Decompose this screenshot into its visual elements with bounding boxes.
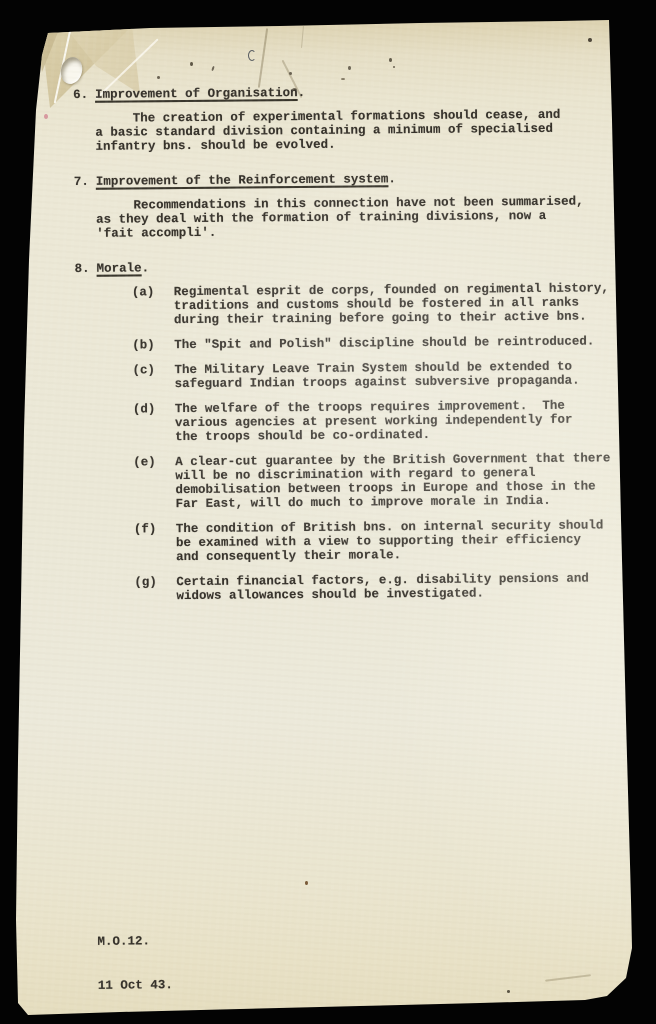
paper-speck	[341, 78, 345, 80]
item-label: (f)	[134, 522, 176, 564]
paper-speck	[588, 38, 592, 42]
item-text: The Military Leave Train System should b…	[174, 360, 579, 392]
section-8-heading: 8.Morale.	[75, 257, 615, 276]
scanned-document: 6.Improvement of Organisation. The creat…	[0, 0, 656, 1024]
paper-speck	[211, 66, 215, 71]
item-text: The welfare of the troops requires impro…	[175, 399, 573, 444]
item-label: (d)	[133, 402, 175, 444]
list-item-f: (f)The condition of British bns. on inte…	[134, 518, 617, 564]
item-label: (a)	[132, 285, 174, 327]
crease-line	[301, 26, 304, 48]
paper-speck	[44, 114, 48, 119]
section-title-period: .	[388, 172, 396, 186]
paper-speck	[389, 58, 392, 62]
footer-date: 11 Oct 43.	[98, 978, 173, 993]
document-footer: M.O.12. 11 Oct 43.	[97, 905, 173, 1022]
paper-speck	[393, 66, 395, 68]
paper-speck	[348, 66, 351, 70]
morale-list: (a)Regimental esprit de corps, founded o…	[75, 281, 618, 604]
item-text: The condition of British bns. on interna…	[176, 518, 604, 564]
list-item-a: (a)Regimental esprit de corps, founded o…	[132, 281, 615, 327]
section-7-paragraph: Recommendations in this connection have …	[96, 194, 614, 241]
section-6-paragraph: The creation of experimental formations …	[95, 107, 613, 154]
item-text: A clear-cut guarantee by the British Gov…	[175, 451, 611, 511]
item-label: (b)	[132, 338, 174, 352]
list-item-e: (e)A clear-cut guarantee by the British …	[133, 451, 616, 511]
item-label: (c)	[132, 363, 174, 391]
section-number: 6.	[73, 88, 95, 102]
crease-line	[258, 28, 268, 88]
paper-speck	[289, 72, 292, 75]
section-7-heading: 7.Improvement of the Reinforcement syste…	[74, 170, 614, 189]
section-number: 8.	[75, 262, 97, 276]
item-text: The "Spit and Polish" discipline should …	[174, 334, 594, 352]
section-title-period: .	[142, 261, 150, 275]
list-item-c: (c)The Military Leave Train System shoul…	[132, 359, 615, 391]
list-item-d: (d)The welfare of the troops requires im…	[133, 398, 616, 444]
section-title: Morale	[97, 261, 142, 275]
document-page: 6.Improvement of Organisation. The creat…	[0, 0, 656, 1024]
section-number: 7.	[74, 175, 96, 189]
section-title: Improvement of the Reinforcement system	[96, 172, 389, 189]
document-text: 6.Improvement of Organisation. The creat…	[73, 83, 621, 988]
paper-speck	[507, 990, 510, 993]
item-text: Regimental esprit de corps, founded on r…	[174, 281, 609, 327]
section-6-heading: 6.Improvement of Organisation.	[73, 83, 613, 102]
paper-speck	[190, 62, 193, 66]
section-title-period: .	[298, 86, 306, 100]
paper-speck	[157, 76, 160, 79]
pencil-mark	[248, 50, 256, 61]
list-item-g: (g)Certain financial factors, e.g. disab…	[134, 571, 617, 603]
item-label: (g)	[134, 575, 176, 603]
item-text: Certain financial factors, e.g. disabili…	[176, 572, 589, 604]
footer-reference: M.O.12.	[97, 934, 172, 949]
list-item-b: (b)The "Spit and Polish" discipline shou…	[132, 334, 615, 352]
item-label: (e)	[133, 455, 175, 511]
section-title: Improvement of Organisation	[95, 86, 298, 102]
